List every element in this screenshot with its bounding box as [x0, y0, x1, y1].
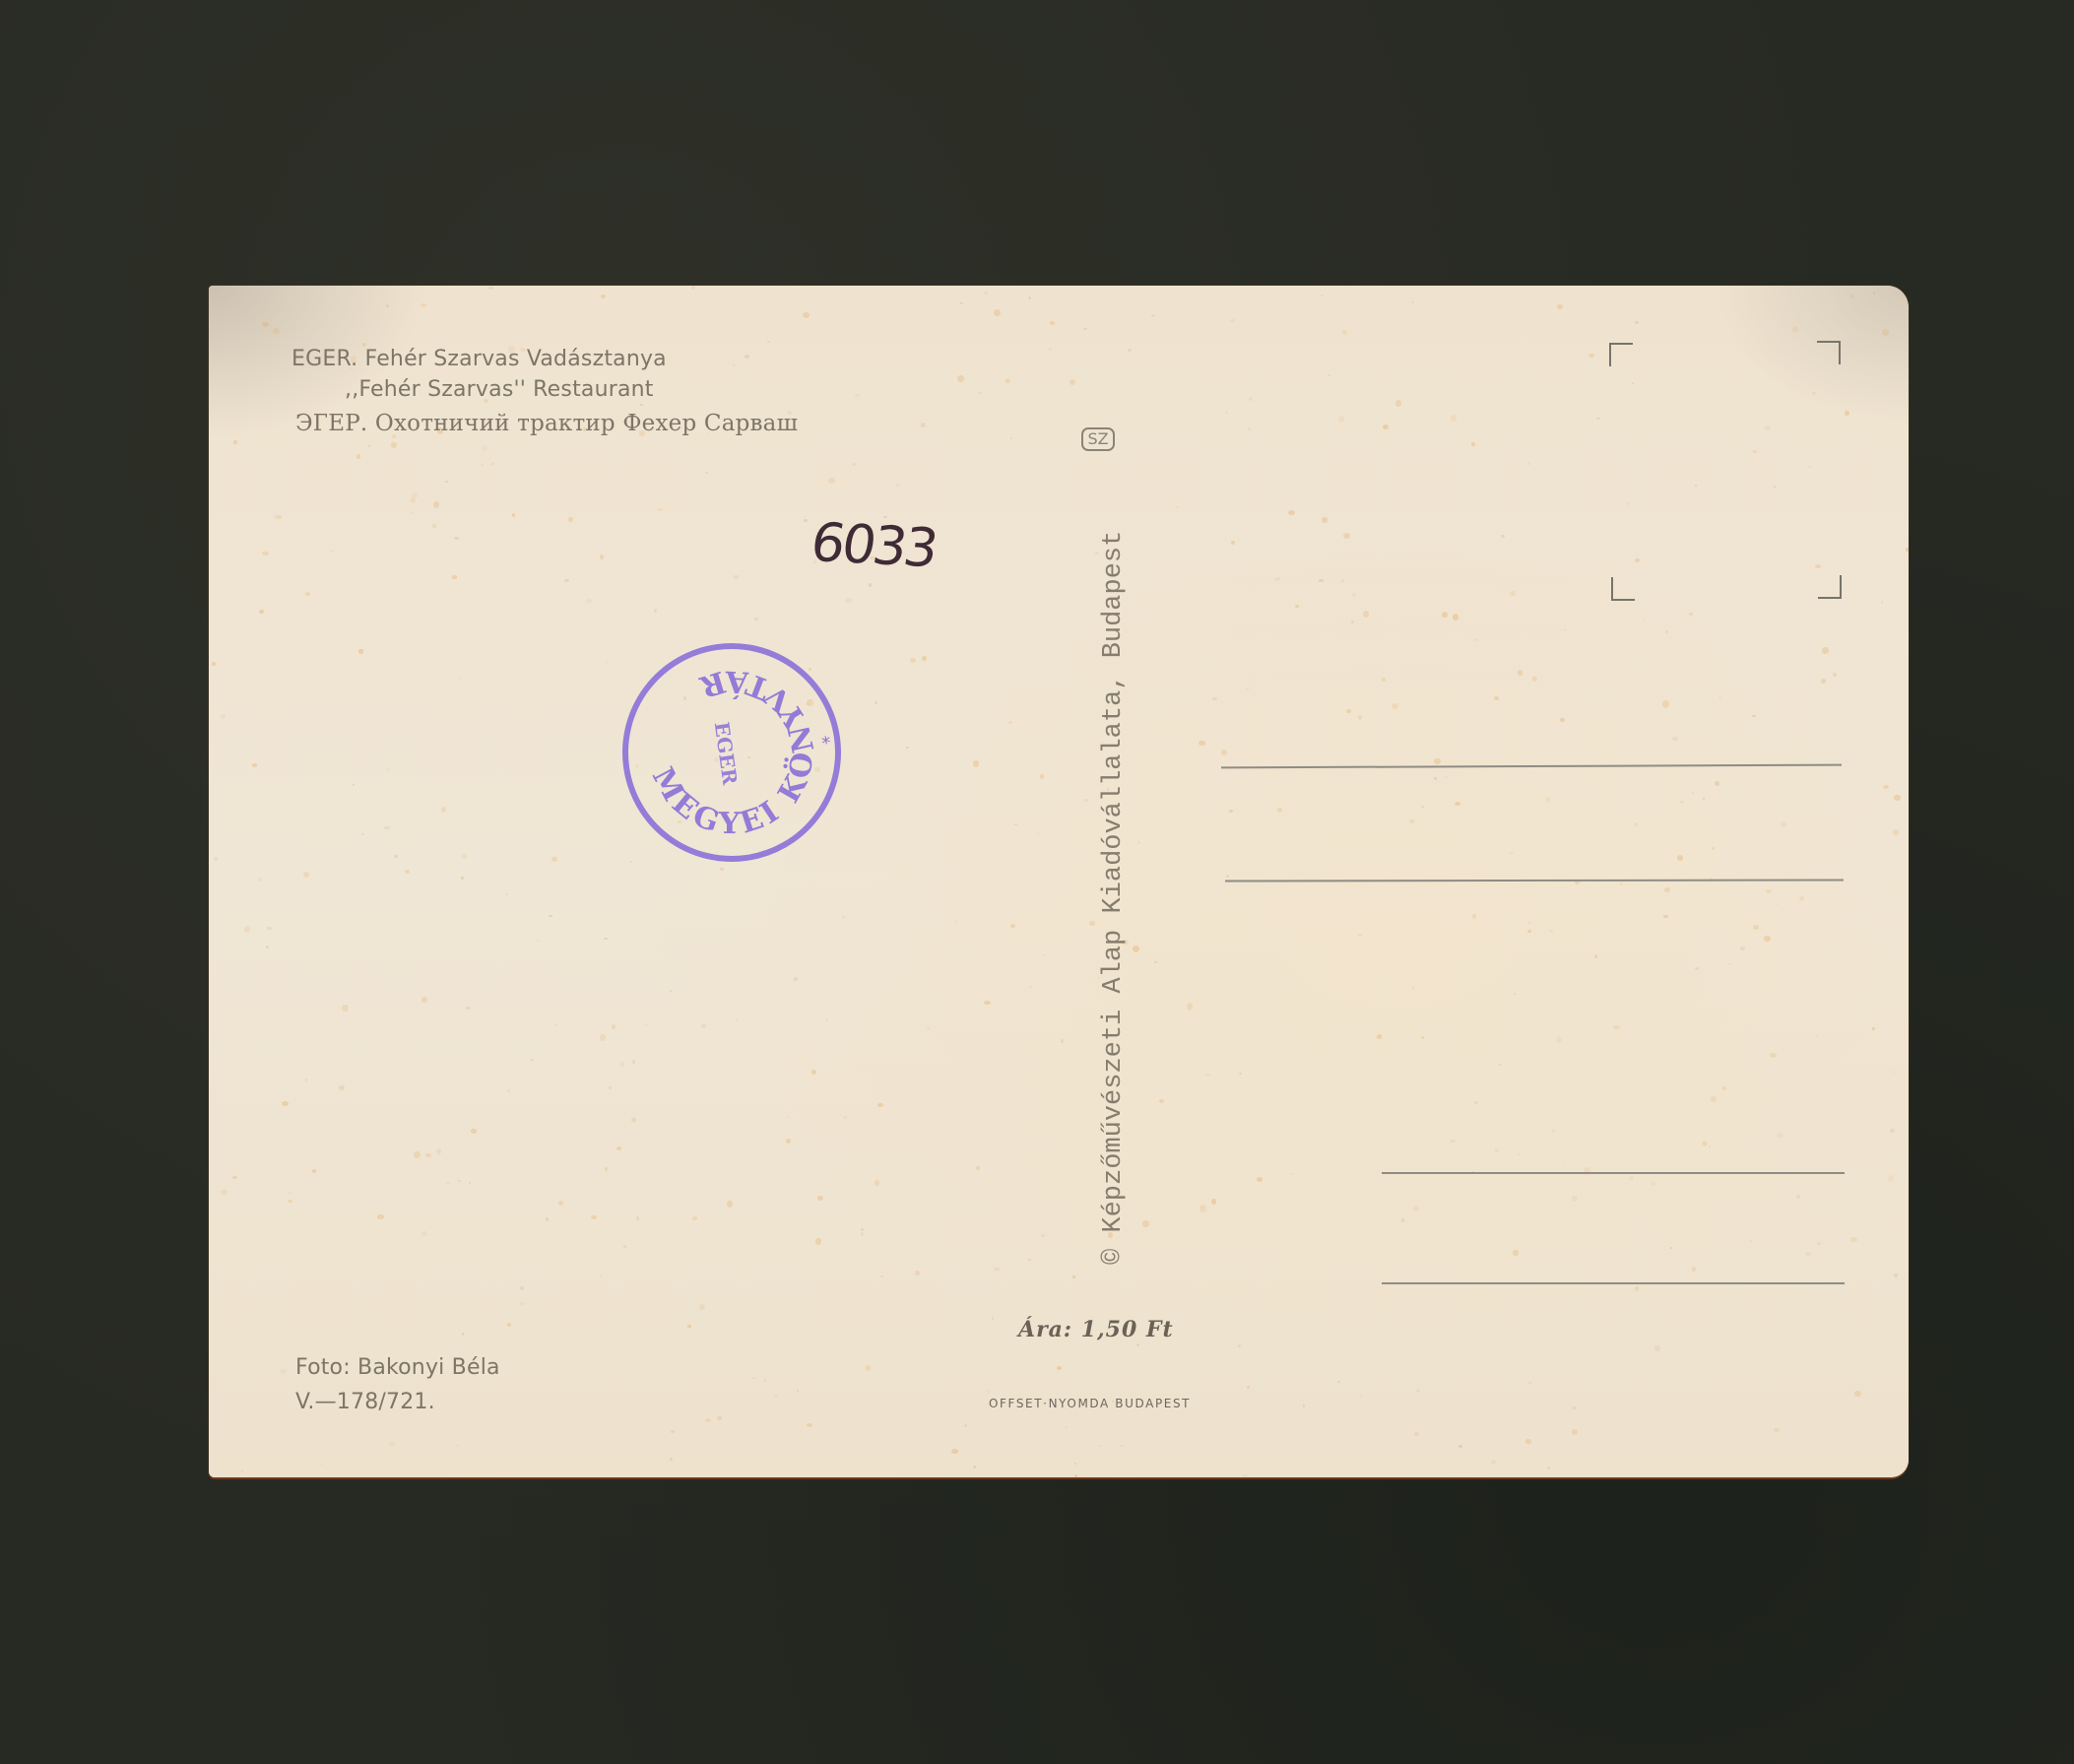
handwritten-inventory-number: 6033 [807, 511, 940, 579]
stamp-box-corner-bottom-right [1818, 575, 1842, 599]
price: Ára: 1,50 Ft [1018, 1317, 1174, 1342]
stamp-box-corner-top-right [1817, 341, 1841, 364]
postcard-back: EGER. Fehér Szarvas Vadásztanya ,,Fehér … [209, 286, 1909, 1477]
stamp-center-text: EGER [710, 720, 743, 786]
library-stamp: MEGYEI KÖNYVTÁR EGER * [606, 626, 857, 878]
caption-hungarian: EGER. Fehér Szarvas Vadásztanya [292, 347, 667, 371]
stamp-icon: MEGYEI KÖNYVTÁR EGER * [606, 626, 857, 878]
foxing-spots [209, 286, 1909, 1477]
caption-english: ,,Fehér Szarvas'' Restaurant [345, 377, 654, 402]
catalog-code: V.—178/721. [295, 1390, 435, 1414]
publisher-line: © Képzőművészeti Alap Kiadóvállalata, Bu… [1101, 531, 1128, 1265]
caption-russian: ЭГЕР. Охотничий трактир Фехер Сарваш [295, 411, 798, 436]
address-line [1382, 1282, 1845, 1284]
stamp-box-corner-bottom-left [1611, 577, 1635, 601]
address-line [1382, 1172, 1845, 1174]
photo-credit: Foto: Bakonyi Béla [295, 1355, 500, 1380]
printer-imprint: OFFSET·NYOMDA BUDAPEST [989, 1397, 1191, 1410]
stamp-box-corner-top-left [1609, 343, 1633, 366]
publisher-logo: SZ [1081, 427, 1115, 451]
stamp-separator: * [820, 733, 832, 754]
